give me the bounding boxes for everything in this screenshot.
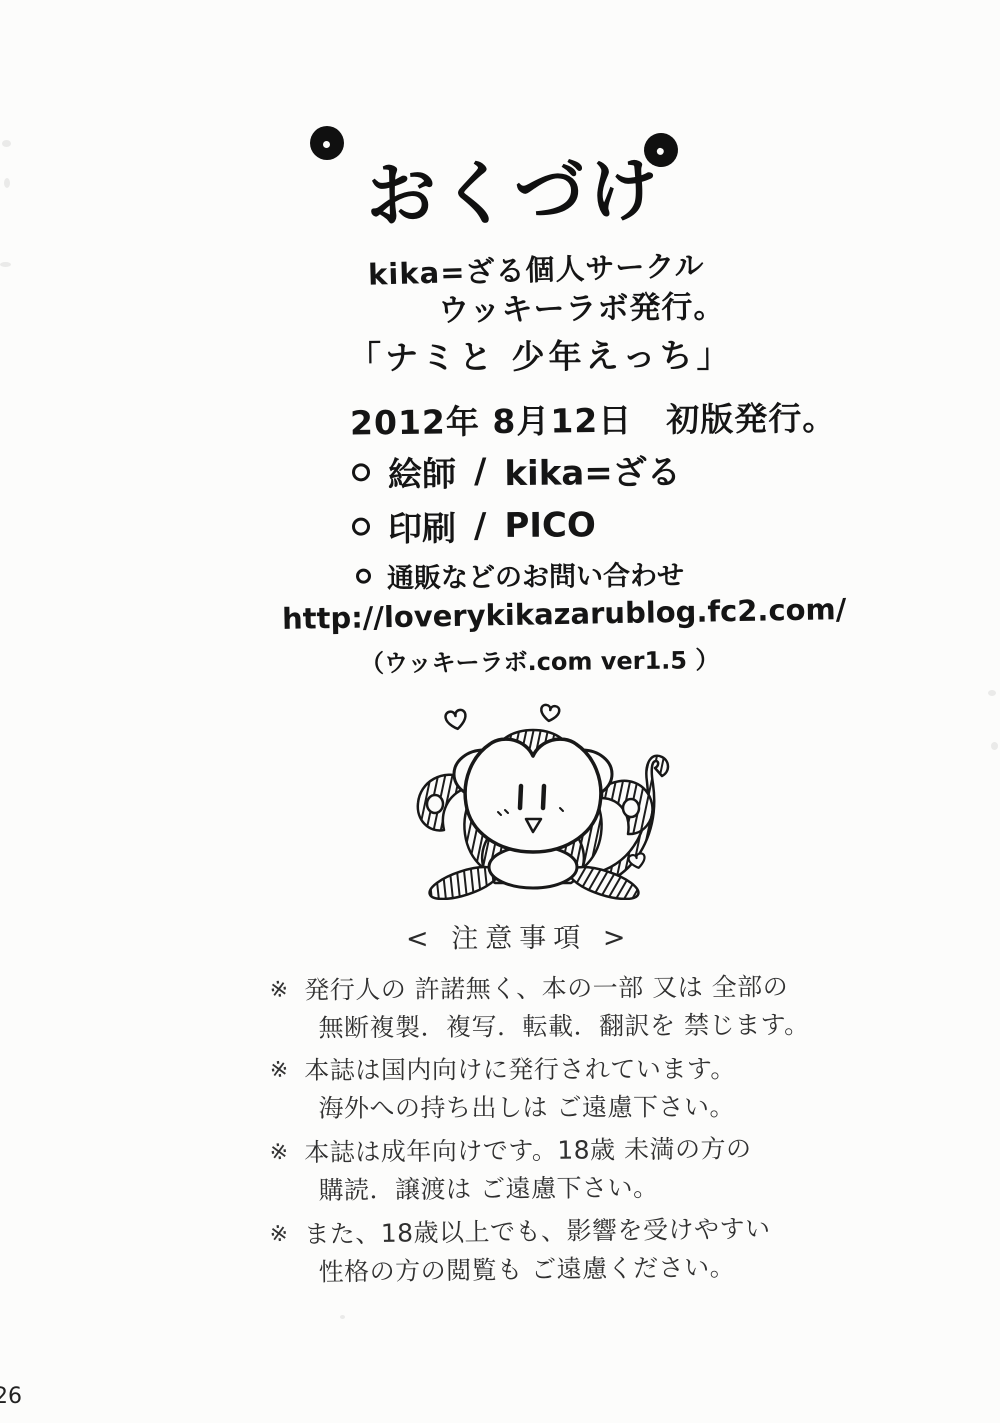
notice-marker: ※ [268,1221,290,1249]
credit-label: 印刷 [388,501,456,550]
page-number: 26 [0,1384,22,1409]
credit-label: 絵師 [388,447,456,497]
notice-line: 発行人の 許諾無く、本の一部 又は 全部の [304,968,809,1010]
monkey-mascot-doodle [402,700,674,900]
title-ink-dot-left [310,126,344,160]
notice-line: また、18歳以上でも、影響を受けやすい [304,1210,771,1254]
notice-item: ※ また、18歳以上でも、影響を受けやすい 性格の方の閲覧も ご遠慮ください。 [270,1210,791,1292]
notice-item: ※ 本誌は成年向けです。18歳 未満の方の 購読．譲渡は ご遠慮下さい。 [270,1130,791,1211]
notice-marker: ※ [268,1139,290,1166]
book-title: 「ナミと 少年えっち」 [348,330,734,380]
contact-label: 通販などのお問い合わせ [387,553,684,595]
credit-value: kika=ざる [504,445,681,496]
scan-noise [0,262,11,267]
notice-item: ※ 発行人の 許諾無く、本の一部 又は 全部の 無断複製．複写．転載．翻訳を 禁… [270,968,791,1048]
heart-icon [445,709,468,730]
publisher-issue-line: ウッキーラボ発行。 [438,281,726,330]
bullet-dot-icon [352,517,370,535]
credit-value: PICO [504,505,596,545]
notice-item: ※ 本誌は国内向けに発行されています。 海外への持ち出しは ご遠慮下さい。 [270,1050,790,1128]
notice-heading: < 注意事項 > [406,915,633,955]
blog-url-text: http://loverykikazarublog.fc2.com/ [282,592,847,636]
notice-line: 本誌は国内向けに発行されています。 [304,1050,736,1090]
mascot-head [465,739,601,852]
scan-noise [2,140,11,147]
credit-separator: / [474,451,487,491]
page-title: おくづけ [365,134,663,241]
notice-marker: ※ [268,977,290,1004]
edition-date-line: 2012年 8月12日 初版発行。 [350,392,837,444]
scan-noise [988,690,996,696]
bullet-dot-icon [352,463,370,481]
notice-line: 海外への持ち出しは ご遠慮下さい。 [304,1088,736,1128]
scan-noise [340,1315,345,1319]
scan-noise [4,178,10,188]
notice-line: 無断複製．複写．転載．翻訳を 禁じます。 [304,1006,809,1048]
heart-icon [540,704,560,722]
notice-line: 本誌は成年向けです。18歳 未満の方の [304,1130,752,1172]
blog-url-note: （ウッキーラボ.com ver1.5 ） [360,640,720,679]
credit-row-artist: 絵師 / kika=ざる [352,445,681,497]
notice-list: ※ 発行人の 許諾無く、本の一部 又は 全部の 無断複製．複写．転載．翻訳を 禁… [270,970,790,1294]
notice-line: 購読．譲渡は ご遠慮下さい。 [304,1168,752,1210]
heart-icon [628,853,647,870]
credit-row-printer: 印刷 / PICO [352,500,596,550]
scanned-colophon-page: おくづけ kika=ざる個人サークル ウッキーラボ発行。 「ナミと 少年えっち」… [0,0,1000,1423]
notice-line: 性格の方の閲覧も ご遠慮ください。 [304,1248,771,1292]
bullet-dot-icon [356,569,371,584]
notice-marker: ※ [268,1057,290,1084]
contact-line: 通販などのお問い合わせ [356,553,684,595]
scan-noise [991,742,998,750]
credit-separator: / [474,505,487,545]
